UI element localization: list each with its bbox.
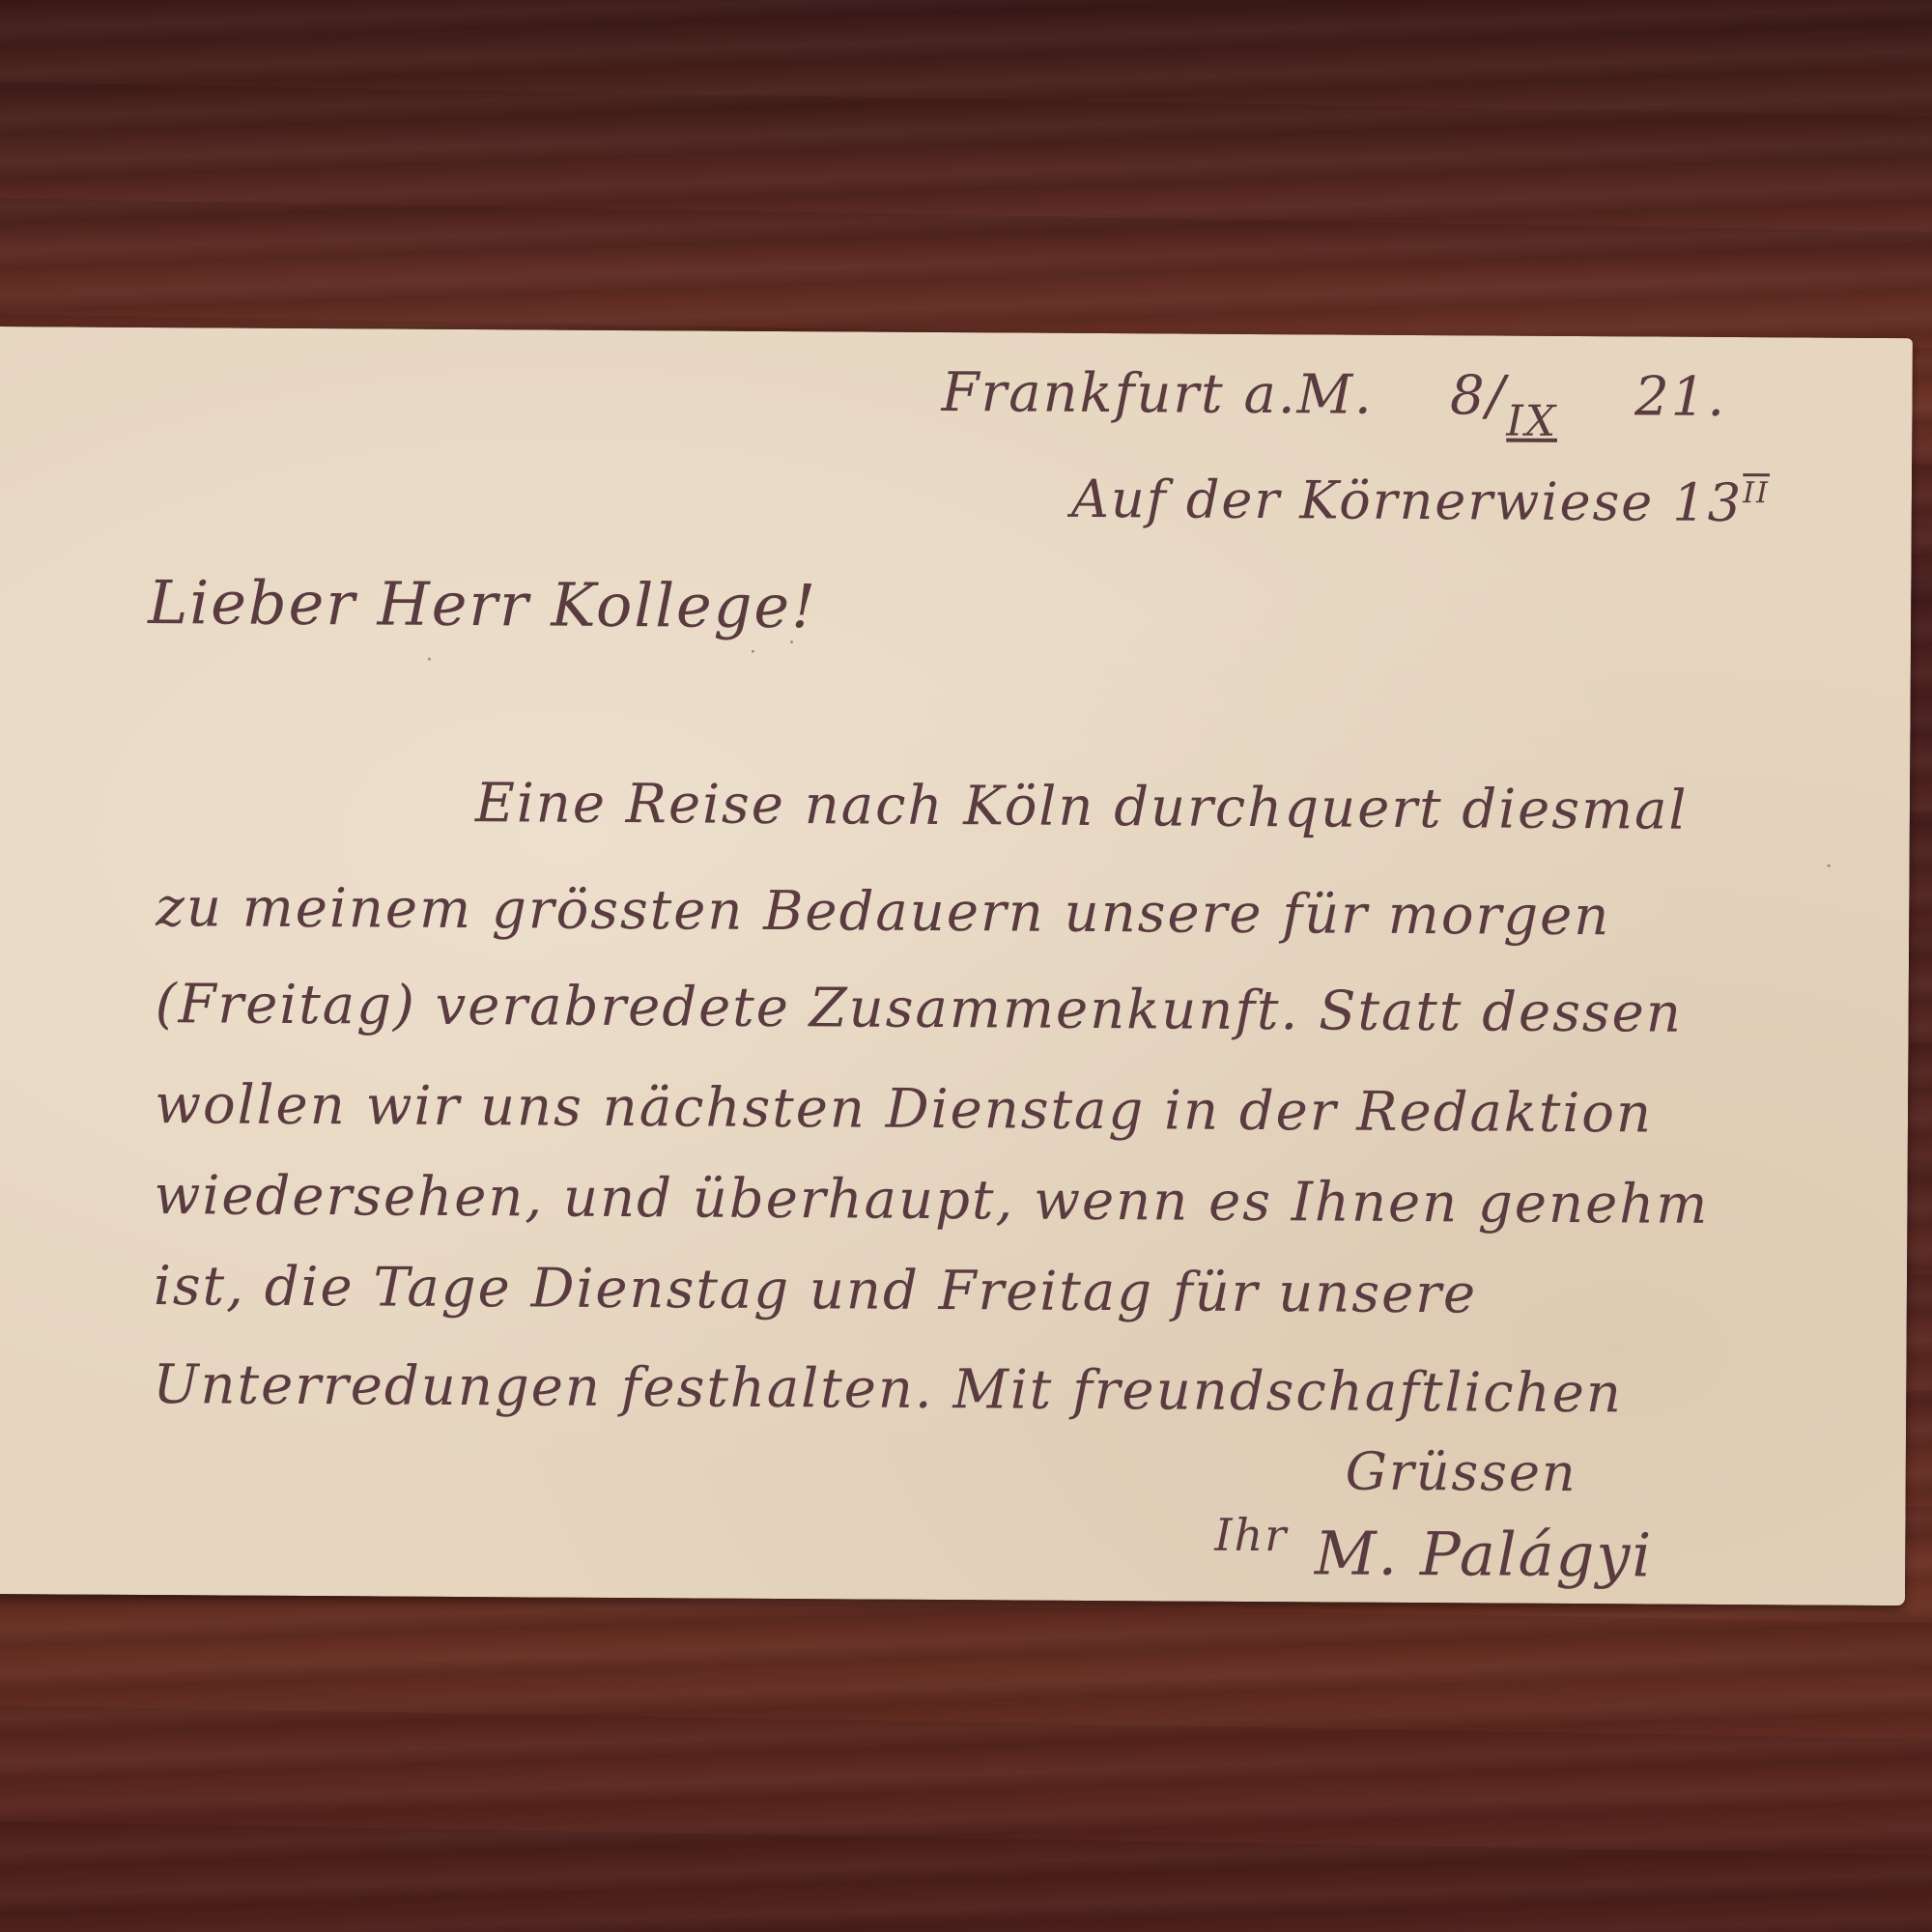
date-day: 8 [1450,364,1487,427]
body-line: Eine Reise nach Köln durchquert diesmal [475,772,1689,842]
body-line: ist, die Tage Dienstag und Freitag für u… [154,1255,1478,1325]
body-line: wollen wir uns nächsten Dienstag in der … [155,1073,1653,1145]
ink-speck [723,621,725,624]
place: Frankfurt a.M. [941,361,1374,427]
address-floor: II [1743,476,1770,510]
signature-prefix: Ihr [1214,1509,1288,1561]
ink-speck [752,650,754,653]
postcard: Frankfurt a.M. 8/IX 21. Auf der Körnerwi… [0,327,1913,1605]
body-line: (Freitag) verabredete Zusammenkunft. Sta… [156,973,1684,1045]
ink-speck [1828,865,1831,867]
ink-speck [790,640,793,643]
date-year: 21. [1634,365,1726,429]
sender-address: Auf der Körnerwiese 13II [1071,469,1770,533]
ink-speck [428,658,431,661]
closing: Grüssen [1346,1441,1577,1503]
signature: IhrM. Palágyi [1214,1518,1653,1591]
date-month: IX [1506,397,1557,446]
place-and-date: Frankfurt a.M. 8/IX 21. [941,361,1726,429]
salutation: Lieber Herr Kollege! [148,567,817,641]
address-street: Auf der Körnerwiese 13 [1071,469,1744,533]
body-line: zu meinem grössten Bedauern unsere für m… [156,876,1610,948]
body-line: Unterredungen festhalten. Mit freundscha… [153,1353,1623,1425]
body-line: wiedersehen, und überhaupt, wenn es Ihne… [154,1164,1709,1236]
signature-name: M. Palágyi [1315,1518,1654,1590]
